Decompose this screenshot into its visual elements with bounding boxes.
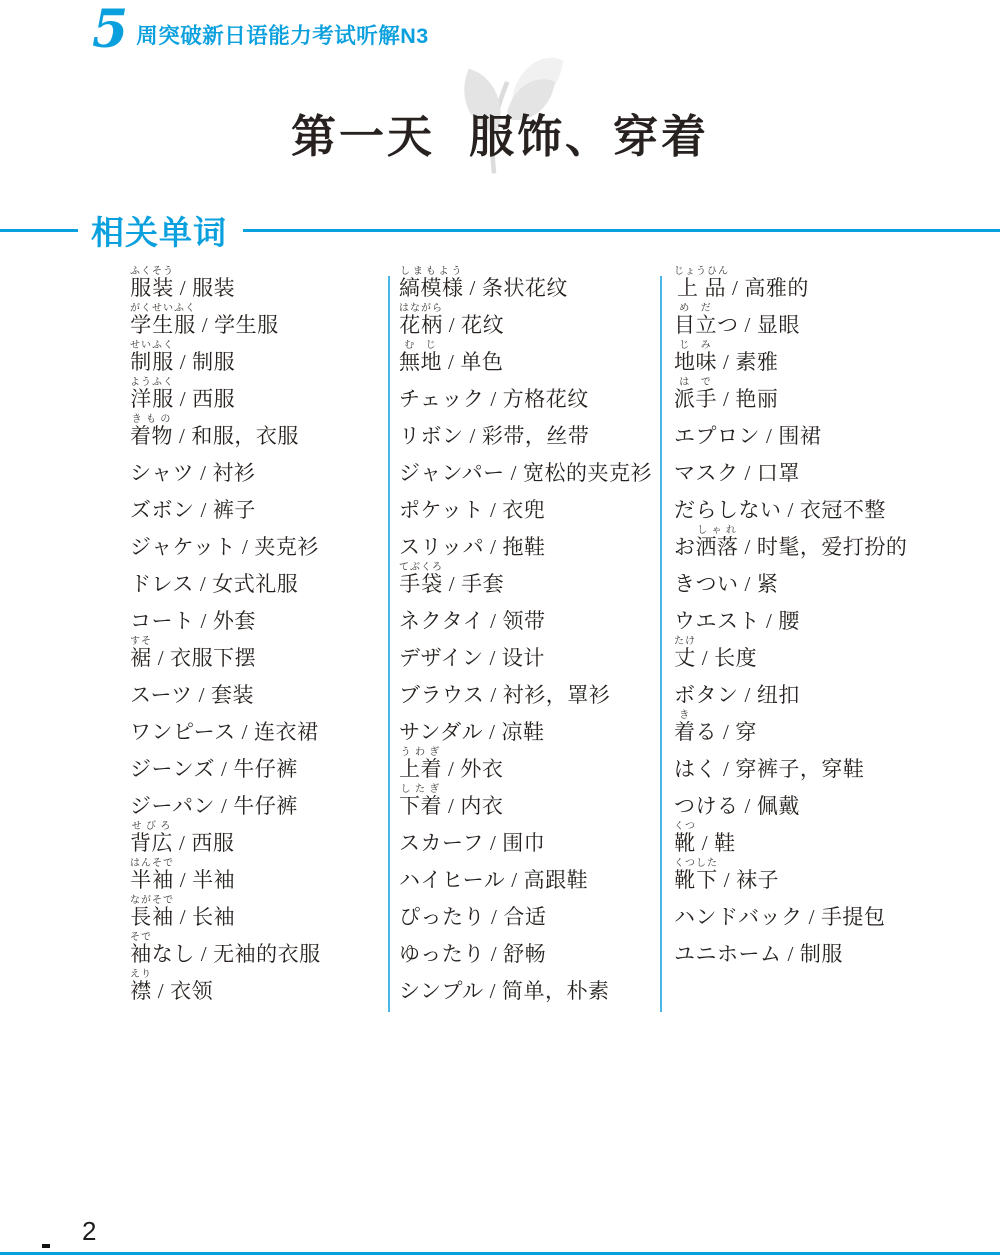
vocab-entry: 服装ふくそう/服装 xyxy=(130,270,386,307)
jp-word: シャツ xyxy=(130,461,194,485)
vocab-entry: ウエスト/腰 xyxy=(674,603,996,640)
cn-translation: 制服 xyxy=(192,350,235,374)
jp-word: ジーンズ xyxy=(130,757,215,781)
slash-separator: / xyxy=(724,868,730,892)
cn-translation: 素雅 xyxy=(735,350,778,374)
furigana: しゃれ xyxy=(696,525,739,536)
jp-word: ドレス xyxy=(130,572,194,596)
jp-suffix: なし xyxy=(152,942,195,966)
jp-suffix: つ xyxy=(717,313,739,337)
vocab-entry-line: シンプル/简单，朴素 xyxy=(399,975,609,1005)
cn-translation: 紧 xyxy=(757,572,779,596)
jp-word: ぴったり xyxy=(399,905,485,929)
cn-translation: 高雅的 xyxy=(744,276,809,300)
vocab-entry-line: 目立めだつ/显眼 xyxy=(674,303,800,339)
vocab-entry-line: リボン/彩带，丝带 xyxy=(399,420,589,450)
slash-separator: / xyxy=(448,757,454,781)
vocab-entry: シンプル/简单，朴素 xyxy=(399,973,657,1010)
slash-separator: / xyxy=(201,498,207,522)
slash-separator: / xyxy=(470,424,476,448)
slash-separator: / xyxy=(490,683,496,707)
vocab-entry: 丈たけ/长度 xyxy=(674,640,996,677)
vocab-entry: はく/穿裤子，穿鞋 xyxy=(674,751,996,788)
cn-translation: 凉鞋 xyxy=(501,720,544,744)
vocab-entry-line: 花柄はながら/花纹 xyxy=(399,303,504,339)
jp-word: ハイヒール xyxy=(399,868,505,892)
vocab-entry: 目立めだつ/显眼 xyxy=(674,307,996,344)
jp-word: 制服せいふく xyxy=(130,350,174,374)
vocab-entry-line: 着きる/穿 xyxy=(674,710,757,746)
vocab-entry-line: 裾すそ/衣服下摆 xyxy=(130,636,256,672)
furigana: しまもよう xyxy=(399,266,463,277)
furigana: くつ xyxy=(674,821,696,832)
vocab-entry-line: コート/外套 xyxy=(130,605,256,635)
vocab-entry: つける/佩戴 xyxy=(674,788,996,825)
jp-word: 上品じょうひん xyxy=(674,276,726,300)
cn-translation: 围裙 xyxy=(778,424,821,448)
vocab-entry-line: ジーパン/牛仔裤 xyxy=(130,790,298,820)
cn-translation: 彩带，丝带 xyxy=(482,424,590,448)
furigana: そで xyxy=(130,932,152,943)
furigana: すそ xyxy=(130,636,152,647)
jp-word: ネクタイ xyxy=(399,609,484,633)
furigana: めだ xyxy=(674,303,717,314)
vocab-entry-line: ジャンパー/宽松的夹克衫 xyxy=(399,457,652,487)
vocab-entry-line: 半袖はんそで/半袖 xyxy=(130,858,235,894)
cn-translation: 高跟鞋 xyxy=(524,868,589,892)
vocab-entry: ゆったり/舒畅 xyxy=(399,936,657,973)
cn-translation: 牛仔裤 xyxy=(233,794,298,818)
vocab-entry: 上着うわぎ/外衣 xyxy=(399,751,657,788)
vocab-entry: 靴くつ/鞋 xyxy=(674,825,996,862)
vocab-entry: ボタン/纽扣 xyxy=(674,677,996,714)
slash-separator: / xyxy=(490,609,496,633)
vocab-entry: ジーンズ/牛仔裤 xyxy=(130,751,386,788)
vocab-entry: 制服せいふく/制服 xyxy=(130,344,386,381)
cn-translation: 衬衫 xyxy=(212,461,255,485)
slash-separator: / xyxy=(179,831,185,855)
vocab-entry-line: ズボン/裤子 xyxy=(130,494,256,524)
cn-translation: 制服 xyxy=(800,942,843,966)
vocab-entry: だらしない/衣冠不整 xyxy=(674,492,996,529)
vocab-entry: ジャンパー/宽松的夹克衫 xyxy=(399,455,657,492)
furigana: てぶくろ xyxy=(399,562,443,573)
jp-prefix: お xyxy=(674,535,696,559)
cn-translation: 衣冠不整 xyxy=(800,498,886,522)
jp-word: スカーフ xyxy=(399,831,484,855)
vocab-entry: ハイヒール/高跟鞋 xyxy=(399,862,657,899)
jp-word: ジャンパー xyxy=(399,461,505,485)
cn-translation: 衣兜 xyxy=(502,498,545,522)
section-line-left xyxy=(0,229,78,232)
vocab-entry: スーツ/套装 xyxy=(130,677,386,714)
slash-separator: / xyxy=(745,461,751,485)
furigana: えり xyxy=(130,969,152,980)
slash-separator: / xyxy=(180,905,186,929)
jp-word: ワンピース xyxy=(130,720,236,744)
cn-translation: 夹克衫 xyxy=(254,535,319,559)
vocab-entry: 縞模様しまもよう/条状花纹 xyxy=(399,270,657,307)
slash-separator: / xyxy=(745,535,751,559)
vocab-entry: 着物きもの/和服，衣服 xyxy=(130,418,386,455)
vocab-entry-line: 襟えり/衣领 xyxy=(130,969,213,1005)
furigana: じょうひん xyxy=(674,266,729,277)
vocab-entry-line: ワンピース/连衣裙 xyxy=(130,716,318,746)
vocab-entry: 半袖はんそで/半袖 xyxy=(130,862,386,899)
jp-word: はく xyxy=(674,757,717,781)
cn-translation: 佩戴 xyxy=(757,794,800,818)
cn-translation: 手提包 xyxy=(821,905,886,929)
vocab-entry-line: 地味じみ/素雅 xyxy=(674,340,778,376)
cn-translation: 设计 xyxy=(502,646,545,670)
slash-separator: / xyxy=(199,683,205,707)
slash-separator: / xyxy=(180,350,186,374)
vocab-entry-line: 靴くつ/鞋 xyxy=(674,821,736,857)
vocab-entry: 上品じょうひん/高雅的 xyxy=(674,270,996,307)
vocab-entry-line: ドレス/女式礼服 xyxy=(130,568,298,598)
vocab-entry-line: エプロン/围裙 xyxy=(674,420,821,450)
jp-word: ウエスト xyxy=(674,609,760,633)
jp-word: ユニホーム xyxy=(674,942,782,966)
cn-translation: 单色 xyxy=(460,350,503,374)
cn-translation: 内衣 xyxy=(460,794,503,818)
slash-separator: / xyxy=(723,720,729,744)
slash-separator: / xyxy=(745,683,751,707)
cn-translation: 学生服 xyxy=(214,313,279,337)
vocab-entry-line: マスク/口罩 xyxy=(674,457,800,487)
furigana: じみ xyxy=(674,340,717,351)
slash-separator: / xyxy=(511,461,517,485)
jp-word: チェック xyxy=(399,387,484,411)
vocab-entry-line: サンダル/凉鞋 xyxy=(399,716,544,746)
cn-translation: 长度 xyxy=(714,646,757,670)
brand-number: 5 xyxy=(92,4,128,56)
vocab-entry: ブラウス/衬衫，罩衫 xyxy=(399,677,657,714)
cn-translation: 袜子 xyxy=(736,868,779,892)
cn-translation: 无袖的衣服 xyxy=(213,942,321,966)
furigana: はで xyxy=(674,377,717,388)
vocab-entry: きつい/紧 xyxy=(674,566,996,603)
cn-translation: 口罩 xyxy=(757,461,800,485)
jp-word: ポケット xyxy=(399,498,484,522)
slash-separator: / xyxy=(490,498,496,522)
cn-translation: 半袖 xyxy=(192,868,235,892)
vocab-list: 服装ふくそう/服装学生服がくせいふく/学生服制服せいふく/制服洋服ようふく/西服… xyxy=(0,270,1000,1012)
furigana: ようふく xyxy=(130,377,174,388)
slash-separator: / xyxy=(201,609,207,633)
vocab-entry: ドレス/女式礼服 xyxy=(130,566,386,603)
section-header: 相关单词 xyxy=(0,209,1000,251)
vocab-entry-line: ボタン/纽扣 xyxy=(674,679,800,709)
slash-separator: / xyxy=(723,757,729,781)
slash-separator: / xyxy=(221,757,227,781)
vocab-entry-line: ハンドバック/手提包 xyxy=(674,901,885,931)
slash-separator: / xyxy=(180,868,186,892)
vocab-entry-line: 学生服がくせいふく/学生服 xyxy=(130,303,279,339)
furigana: きもの xyxy=(130,414,173,425)
jp-word: シンプル xyxy=(399,979,484,1003)
cn-translation: 衣服下摆 xyxy=(170,646,256,670)
slash-separator: / xyxy=(511,868,517,892)
slash-separator: / xyxy=(242,535,248,559)
slash-separator: / xyxy=(766,609,772,633)
slash-separator: / xyxy=(180,387,186,411)
furigana: がくせいふく xyxy=(130,303,196,314)
jp-word: サンダル xyxy=(399,720,483,744)
vocab-entry: スリッパ/拖鞋 xyxy=(399,529,657,566)
furigana: むじ xyxy=(399,340,442,351)
jp-word: 無地むじ xyxy=(399,350,442,374)
slash-separator: / xyxy=(491,942,497,966)
vocab-entry: 洋服ようふく/西服 xyxy=(130,381,386,418)
cn-translation: 舒畅 xyxy=(503,942,546,966)
jp-word: ジーパン xyxy=(130,794,215,818)
slash-separator: / xyxy=(745,572,751,596)
footer-accent-line xyxy=(0,1252,1000,1255)
furigana: せいふく xyxy=(130,340,174,351)
slash-separator: / xyxy=(202,313,208,337)
cn-translation: 穿裤子，穿鞋 xyxy=(735,757,864,781)
jp-word: 洒落しゃれ xyxy=(696,535,739,559)
slash-separator: / xyxy=(449,313,455,337)
cn-translation: 套装 xyxy=(211,683,254,707)
vocab-entry: 長袖ながそで/长袖 xyxy=(130,899,386,936)
slash-separator: / xyxy=(158,646,164,670)
cn-translation: 西服 xyxy=(192,387,235,411)
vocab-entry-line: 服装ふくそう/服装 xyxy=(130,266,235,302)
jp-word: 縞模様しまもよう xyxy=(399,276,464,300)
slash-separator: / xyxy=(221,794,227,818)
jp-word: 学生服がくせいふく xyxy=(130,313,196,337)
cn-translation: 拖鞋 xyxy=(503,535,546,559)
vocab-entry-line: 丈たけ/长度 xyxy=(674,636,757,672)
vocab-entry-line: ハイヒール/高跟鞋 xyxy=(399,864,588,894)
jp-word: ハンドバック xyxy=(674,905,803,929)
jp-word: 上着うわぎ xyxy=(399,757,442,781)
vocab-entry: ハンドバック/手提包 xyxy=(674,899,996,936)
vocab-entry-line: ユニホーム/制服 xyxy=(674,938,843,968)
jp-word: 着物きもの xyxy=(130,424,173,448)
vocab-entry-line: スリッパ/拖鞋 xyxy=(399,531,546,561)
title-topic: 服饰、穿着 xyxy=(469,111,709,162)
slash-separator: / xyxy=(490,535,496,559)
jp-word: 手袋てぶくろ xyxy=(399,572,443,596)
vocab-entry: マスク/口罩 xyxy=(674,455,996,492)
vocab-entry: 派手はで/艳丽 xyxy=(674,381,996,418)
cn-translation: 服装 xyxy=(192,276,235,300)
jp-word: デザイン xyxy=(399,646,484,670)
cn-translation: 外套 xyxy=(213,609,256,633)
cn-translation: 鞋 xyxy=(714,831,736,855)
jp-word: エプロン xyxy=(674,424,760,448)
slash-separator: / xyxy=(200,461,206,485)
slash-separator: / xyxy=(490,979,496,1003)
vocab-entry-line: つける/佩戴 xyxy=(674,790,800,820)
cn-translation: 腰 xyxy=(778,609,800,633)
slash-separator: / xyxy=(242,720,248,744)
vocab-entry-line: ウエスト/腰 xyxy=(674,605,800,635)
column-separator xyxy=(388,276,390,1012)
vocab-entry: リボン/彩带，丝带 xyxy=(399,418,657,455)
jp-word: 袖そで xyxy=(130,942,152,966)
jp-word: 着き xyxy=(674,720,696,744)
cn-translation: 穿 xyxy=(735,720,757,744)
vocab-entry-line: ぴったり/合适 xyxy=(399,901,546,931)
furigana: ふくそう xyxy=(130,266,174,277)
vocab-entry-line: ネクタイ/领带 xyxy=(399,605,546,635)
slash-separator: / xyxy=(788,942,794,966)
slash-separator: / xyxy=(723,350,729,374)
vocab-column-1: 服装ふくそう/服装学生服がくせいふく/学生服制服せいふく/制服洋服ようふく/西服… xyxy=(130,270,386,1010)
slash-separator: / xyxy=(490,831,496,855)
slash-separator: / xyxy=(745,794,751,818)
column-separator xyxy=(660,276,662,1012)
cn-translation: 女式礼服 xyxy=(212,572,298,596)
jp-word: ズボン xyxy=(130,498,195,522)
jp-word: 半袖はんそで xyxy=(130,868,174,892)
vocab-entry: 着きる/穿 xyxy=(674,714,996,751)
slash-separator: / xyxy=(702,831,708,855)
vocab-entry: エプロン/围裙 xyxy=(674,418,996,455)
slash-separator: / xyxy=(491,905,497,929)
slash-separator: / xyxy=(470,276,476,300)
vocab-entry-line: 上品じょうひん/高雅的 xyxy=(674,266,809,302)
vocab-entry-line: シャツ/衬衫 xyxy=(130,457,255,487)
slash-separator: / xyxy=(158,979,164,1003)
jp-word: ボタン xyxy=(674,683,739,707)
furigana: はんそで xyxy=(130,858,174,869)
brand-logo: 5 周突破新日语能力考试听解N3 xyxy=(92,4,429,56)
jp-word: 裾すそ xyxy=(130,646,152,670)
vocab-entry: チェック/方格花纹 xyxy=(399,381,657,418)
jp-word: 花柄はながら xyxy=(399,313,443,337)
vocab-entry-line: デザイン/设计 xyxy=(399,642,545,672)
cn-translation: 连衣裙 xyxy=(254,720,319,744)
vocab-entry-line: 無地むじ/单色 xyxy=(399,340,503,376)
slash-separator: / xyxy=(179,424,185,448)
vocab-entry-line: 制服せいふく/制服 xyxy=(130,340,235,376)
vocab-entry: 袖そでなし/无袖的衣服 xyxy=(130,936,386,973)
vocab-entry: ポケット/衣兜 xyxy=(399,492,657,529)
jp-word: 目立めだ xyxy=(674,313,717,337)
jp-word: 下着したぎ xyxy=(399,794,442,818)
slash-separator: / xyxy=(201,942,207,966)
vocab-entry: 学生服がくせいふく/学生服 xyxy=(130,307,386,344)
cn-translation: 花纹 xyxy=(461,313,504,337)
jp-word: 襟えり xyxy=(130,979,152,1003)
vocab-entry-line: スーツ/套装 xyxy=(130,679,254,709)
slash-separator: / xyxy=(180,276,186,300)
vocab-entry: 無地むじ/单色 xyxy=(399,344,657,381)
vocab-entry: ぴったり/合适 xyxy=(399,899,657,936)
cn-translation: 围巾 xyxy=(502,831,545,855)
vocab-entry-line: ポケット/衣兜 xyxy=(399,494,545,524)
slash-separator: / xyxy=(448,350,454,374)
jp-word: 長袖ながそで xyxy=(130,905,174,929)
vocab-entry: 手袋てぶくろ/手套 xyxy=(399,566,657,603)
furigana: したぎ xyxy=(399,784,442,795)
vocab-entry-line: お洒落しゃれ/时髦，爱打扮的 xyxy=(674,525,907,561)
vocab-entry: 襟えり/衣领 xyxy=(130,973,386,1010)
jp-word: ブラウス xyxy=(399,683,484,707)
slash-separator: / xyxy=(788,498,794,522)
slash-separator: / xyxy=(490,646,496,670)
vocab-entry: デザイン/设计 xyxy=(399,640,657,677)
cn-translation: 衣领 xyxy=(170,979,213,1003)
jp-word: スーツ xyxy=(130,683,193,707)
furigana: ながそで xyxy=(130,895,174,906)
vocab-entry: 下着したぎ/内衣 xyxy=(399,788,657,825)
vocab-entry-line: 縞模様しまもよう/条状花纹 xyxy=(399,266,568,302)
vocab-entry: シャツ/衬衫 xyxy=(130,455,386,492)
brand-title: 周突破新日语能力考试听解N3 xyxy=(136,19,429,56)
cn-translation: 合适 xyxy=(503,905,546,929)
vocab-entry-line: 袖そでなし/无袖的衣服 xyxy=(130,932,321,968)
cn-translation: 衬衫，罩衫 xyxy=(503,683,611,707)
jp-suffix: る xyxy=(696,720,718,744)
jp-word: コート xyxy=(130,609,195,633)
vocab-entry: ジャケット/夹克衫 xyxy=(130,529,386,566)
vocab-entry: ズボン/裤子 xyxy=(130,492,386,529)
furigana: はながら xyxy=(399,303,443,314)
slash-separator: / xyxy=(723,387,729,411)
vocab-entry: お洒落しゃれ/时髦，爱打扮的 xyxy=(674,529,996,566)
cn-translation: 显眼 xyxy=(757,313,800,337)
vocab-column-2: 縞模様しまもよう/条状花纹花柄はながら/花纹無地むじ/单色チェック/方格花纹リボ… xyxy=(399,270,657,1010)
cn-translation: 和服，衣服 xyxy=(191,424,299,448)
jp-word: ジャケット xyxy=(130,535,236,559)
vocab-entry: ジーパン/牛仔裤 xyxy=(130,788,386,825)
page-title: 第一天服饰、穿着 xyxy=(0,108,1000,167)
cn-translation: 宽松的夹克衫 xyxy=(523,461,652,485)
vocab-entry: ユニホーム/制服 xyxy=(674,936,996,973)
vocab-entry-line: 上着うわぎ/外衣 xyxy=(399,747,503,783)
title-day: 第一天 xyxy=(291,111,435,162)
slash-separator: / xyxy=(448,794,454,818)
jp-word: つける xyxy=(674,794,739,818)
vocab-column-3: 上品じょうひん/高雅的目立めだつ/显眼地味じみ/素雅派手はで/艳丽エプロン/围裙… xyxy=(674,270,996,973)
cn-translation: 条状花纹 xyxy=(482,276,568,300)
section-label: 相关单词 xyxy=(91,207,227,254)
page-number: 2 xyxy=(82,1216,96,1247)
furigana: たけ xyxy=(674,636,696,647)
cn-translation: 牛仔裤 xyxy=(233,757,298,781)
slash-separator: / xyxy=(745,313,751,337)
vocab-entry-line: スカーフ/围巾 xyxy=(399,827,545,857)
slash-separator: / xyxy=(200,572,206,596)
cn-translation: 领带 xyxy=(503,609,546,633)
slash-separator: / xyxy=(809,905,815,929)
cn-translation: 时髦，爱打扮的 xyxy=(757,535,908,559)
slash-separator: / xyxy=(732,276,738,300)
vocab-entry: 背広せびろ/西服 xyxy=(130,825,386,862)
print-mark xyxy=(42,1244,50,1248)
slash-separator: / xyxy=(702,646,708,670)
slash-separator: / xyxy=(489,720,495,744)
jp-word: 背広せびろ xyxy=(130,831,173,855)
furigana: くつした xyxy=(674,858,718,869)
section-line-right xyxy=(243,229,1000,232)
vocab-entry: 靴下くつした/袜子 xyxy=(674,862,996,899)
cn-translation: 方格花纹 xyxy=(503,387,589,411)
slash-separator: / xyxy=(490,387,496,411)
jp-word: きつい xyxy=(674,572,739,596)
slash-separator: / xyxy=(449,572,455,596)
vocab-entry-line: チェック/方格花纹 xyxy=(399,383,589,413)
cn-translation: 艳丽 xyxy=(735,387,778,411)
vocab-entry-line: 靴下くつした/袜子 xyxy=(674,858,779,894)
furigana: せびろ xyxy=(130,821,173,832)
